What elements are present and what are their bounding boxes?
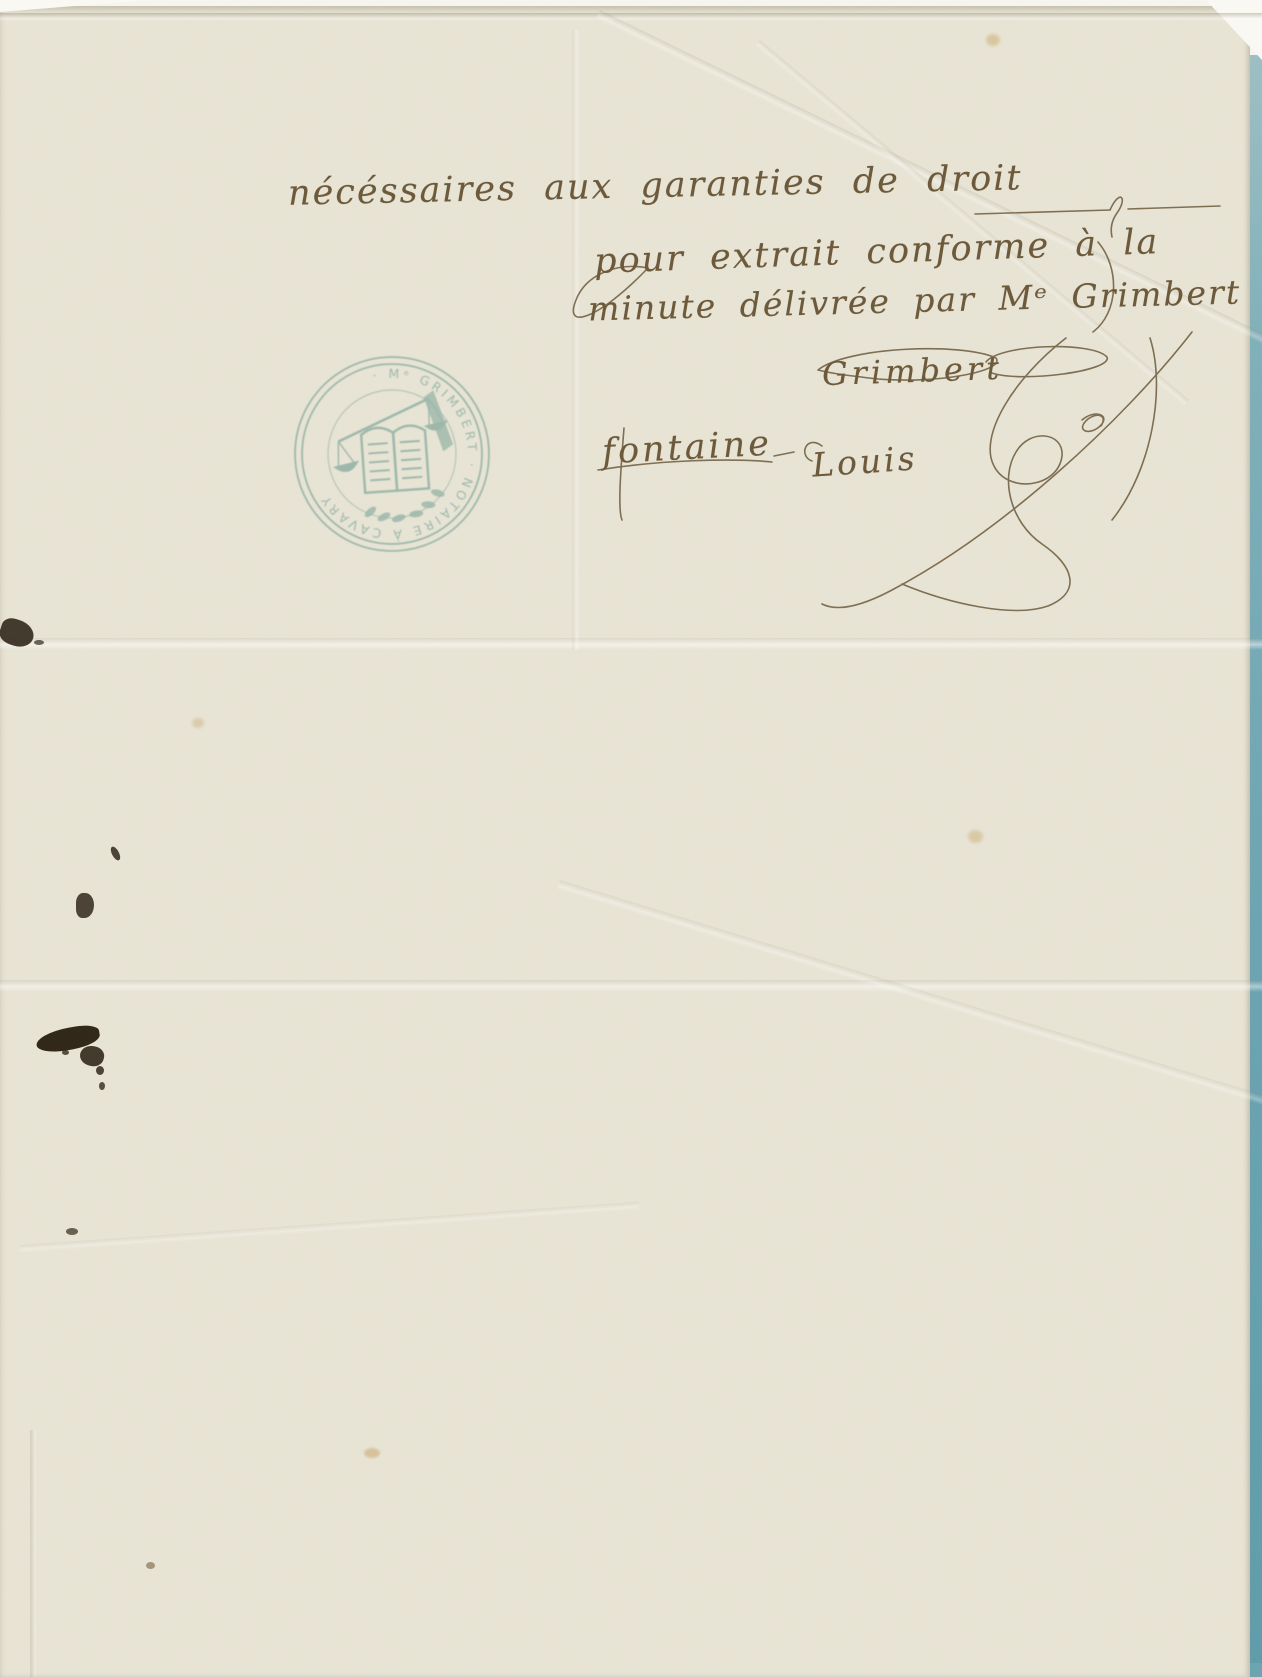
signature-louis: Louis xyxy=(811,438,919,484)
notary-signature: Grimbert xyxy=(821,349,1003,393)
scales-icon xyxy=(322,390,453,477)
tables-of-law-icon xyxy=(361,425,429,493)
scanned-document: · Mᵉ GRIMBERT · NOTAIRE À CAVARY xyxy=(0,0,1262,1677)
